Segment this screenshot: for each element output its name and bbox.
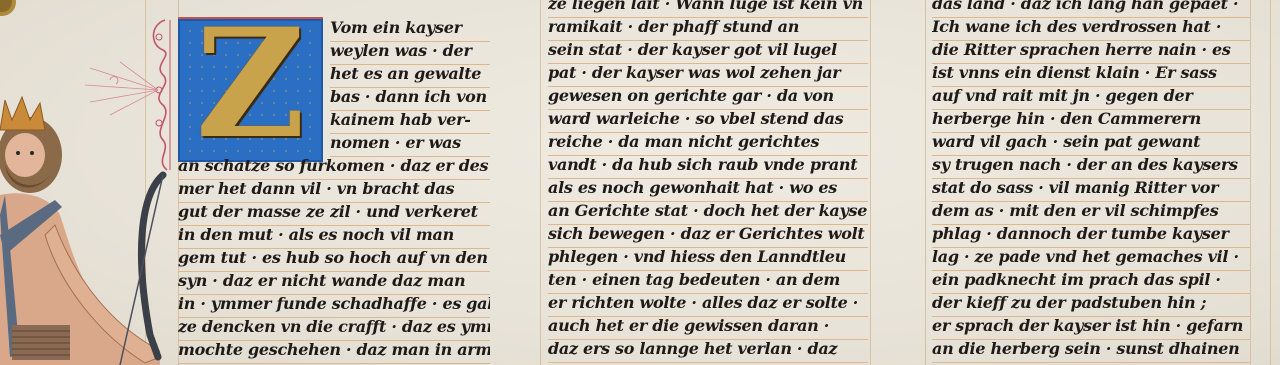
text-line: sein stat · der kayser got vil lugel [548, 40, 868, 64]
text-line: weylen was · der [330, 41, 490, 65]
text-line: an die herberg sein · sunst dhainen [932, 339, 1250, 363]
ruling-line [1270, 0, 1271, 365]
text-line: mer het dann vil · vn bracht das [178, 179, 490, 203]
text-line: Ich wane ich des verdrossen hat · [932, 17, 1250, 41]
text-line: het es an gewalte [330, 64, 490, 88]
text-line: ein padknecht im prach das spil · [932, 270, 1250, 294]
text-line: an Gerichte stat · doch het der kayser [548, 201, 868, 225]
text-line: als es noch gewonhait hat · wo es [548, 178, 868, 202]
text-line: kainem hab ver- [330, 110, 490, 134]
text-line: sich bewegen · daz er Gerichtes wolt [548, 224, 868, 248]
text-line: sy trugen nach · der an des kaysers [932, 155, 1250, 179]
text-line: reiche · da man nicht gerichtes [548, 132, 868, 156]
text-line: ze dencken vn die crafft · daz es ymmer [178, 317, 490, 341]
text-line: gem tut · es hub so hoch auf vn den [178, 248, 490, 272]
text-line: vandt · da hub sich raub vnde prant [548, 155, 868, 179]
ruling-line [925, 0, 926, 365]
text-column-1: Vom ein kayser weylen was · der het es a… [0, 0, 540, 365]
text-line: ward vil gach · sein pat gewant [932, 132, 1250, 156]
text-line: er richten wolte · alles daz er solte · [548, 293, 868, 317]
text-line: Vom ein kayser [330, 18, 490, 42]
text-line: lag · ze pade vnd het gemaches vil · [932, 247, 1250, 271]
text-line: bas · dann ich von [330, 87, 490, 111]
text-line: mochte geschehen · daz man in armen [178, 340, 490, 364]
text-line: dem as · mit den er vil schimpfes [932, 201, 1250, 225]
text-column-3: das land · daz ich lang han gepaet · Ich… [932, 0, 1250, 365]
text-line: in den mut · als es noch vil man [178, 225, 490, 249]
text-line: ten · einen tag bedeuten · an dem [548, 270, 868, 294]
text-line: nomen · er was [330, 133, 490, 157]
text-line: pat · der kayser was wol zehen jar [548, 63, 868, 87]
text-line: stat do sass · vil manig Ritter vor [932, 178, 1250, 202]
text-column-2: ze liegen lait · Wann luge ist kein vn r… [548, 0, 868, 365]
ruling-line [540, 0, 541, 365]
text-line: phlegen · vnd hiess den Lanndtleu [548, 247, 868, 271]
manuscript-page: Z Vom ein kayser weylen was · der het [0, 0, 1280, 365]
ruling-line [870, 0, 871, 365]
text-line: der kieff zu der padstuben hin ; [932, 293, 1250, 317]
text-line: auch het er die gewissen daran · [548, 316, 868, 340]
text-line: er sprach der kayser ist hin · gefarn [932, 316, 1250, 340]
text-line: auf vnd rait mit jn · gegen der [932, 86, 1250, 110]
text-line: ist vnns ein dienst klain · Er sass [932, 63, 1250, 87]
text-line: syn · daz er nicht wande daz man [178, 271, 490, 295]
text-line: ze liegen lait · Wann luge ist kein vn [548, 0, 868, 18]
text-line: gewesen on gerichte gar · da von [548, 86, 868, 110]
text-line: daz ers so lannge het verlan · daz [548, 339, 868, 363]
text-line: an schatze so furkomen · daz er des [178, 156, 490, 180]
text-line: phlag · dannoch der tumbe kayser [932, 224, 1250, 248]
text-line: die Ritter sprachen herre nain · es [932, 40, 1250, 64]
ruling-line [1250, 0, 1251, 365]
text-line: ward warleiche · so vbel stend das [548, 109, 868, 133]
text-line: herberge hin · den Cammerern [932, 109, 1250, 133]
text-line: gut der masse ze zil · und verkeret [178, 202, 490, 226]
text-line: das land · daz ich lang han gepaet · [932, 0, 1250, 18]
text-line: ramikait · der phaff stund an [548, 17, 868, 41]
text-line: in · ymmer funde schadhaffe · es gab [178, 294, 490, 318]
